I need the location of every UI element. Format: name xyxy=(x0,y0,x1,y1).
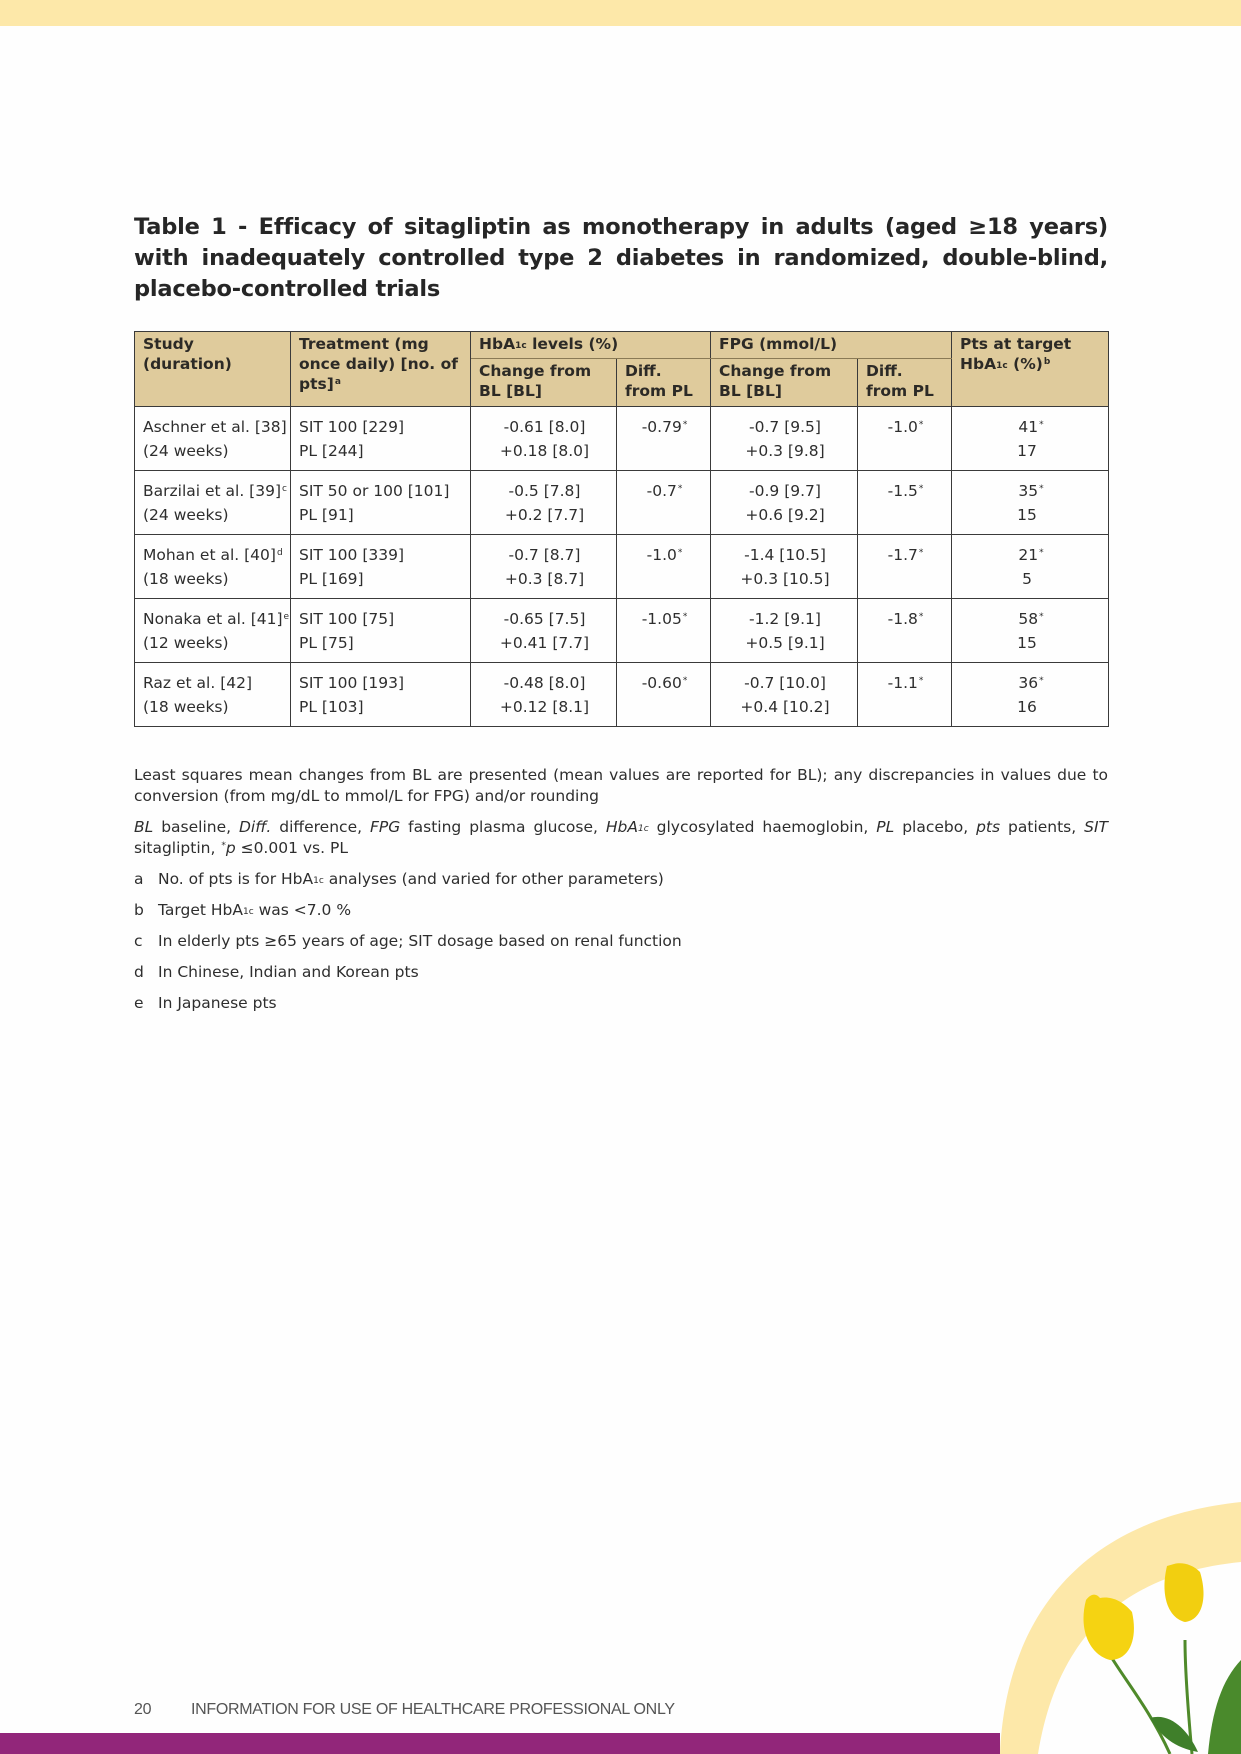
cell-hba1c-diff: -0.7* xyxy=(617,471,711,535)
cell-treatment: SIT 100 [75]PL [75] xyxy=(291,599,471,663)
abbreviation-term: SIT xyxy=(1084,818,1108,836)
cell-target: 36*16 xyxy=(952,663,1109,727)
header-fpg-change: Change from BL [BL] xyxy=(711,359,858,407)
tulip-decoration-icon xyxy=(960,1480,1241,1754)
abbreviation-term: HbA1c xyxy=(606,818,649,836)
cell-hba1c-diff: -0.79* xyxy=(617,407,711,471)
table-row: Aschner et al. [38](24 weeks)SIT 100 [22… xyxy=(135,407,1109,471)
cell-study: Aschner et al. [38](24 weeks) xyxy=(135,407,291,471)
cell-study: Nonaka et al. [41]e(12 weeks) xyxy=(135,599,291,663)
cell-fpg-change: -0.9 [9.7]+0.6 [9.2] xyxy=(711,471,858,535)
header-hba1c-diff: Diff. from PL xyxy=(617,359,711,407)
cell-treatment: SIT 100 [193]PL [103] xyxy=(291,663,471,727)
top-band xyxy=(0,0,1241,26)
cell-target: 21*5 xyxy=(952,535,1109,599)
cell-fpg-diff: -1.0* xyxy=(858,407,952,471)
cell-target: 41*17 xyxy=(952,407,1109,471)
cell-hba1c-change: -0.5 [7.8]+0.2 [7.7] xyxy=(471,471,617,535)
cell-treatment: SIT 100 [229]PL [244] xyxy=(291,407,471,471)
abbreviation-term: Diff. xyxy=(239,818,271,836)
footnote-d: dIn Chinese, Indian and Korean pts xyxy=(134,962,419,983)
header-fpg-group: FPG (mmol/L) xyxy=(711,332,952,359)
cell-hba1c-change: -0.48 [8.0]+0.12 [8.1] xyxy=(471,663,617,727)
table-row: Mohan et al. [40]d(18 weeks)SIT 100 [339… xyxy=(135,535,1109,599)
footnote-e: eIn Japanese pts xyxy=(134,993,277,1014)
abbreviation-term: PL xyxy=(876,818,894,836)
footnote-b: bTarget HbA1c was <7.0 % xyxy=(134,900,351,921)
header-target: Pts at target HbA1c (%)b xyxy=(952,332,1109,407)
cell-fpg-change: -1.2 [9.1]+0.5 [9.1] xyxy=(711,599,858,663)
cell-study: Mohan et al. [40]d(18 weeks) xyxy=(135,535,291,599)
page-number: 20 xyxy=(134,1701,191,1719)
abbreviation-term: FPG xyxy=(370,818,400,836)
cell-fpg-diff: -1.7* xyxy=(858,535,952,599)
footnote-a: aNo. of pts is for HbA1c analyses (and v… xyxy=(134,869,664,890)
cell-study: Barzilai et al. [39]c(24 weeks) xyxy=(135,471,291,535)
cell-hba1c-diff: -0.60* xyxy=(617,663,711,727)
header-study: Study (duration) xyxy=(135,332,291,407)
cell-hba1c-change: -0.7 [8.7]+0.3 [8.7] xyxy=(471,535,617,599)
footer-disclaimer: INFORMATION FOR USE OF HEALTHCARE PROFES… xyxy=(191,1701,675,1718)
abbreviation-term: pts xyxy=(976,818,1000,836)
cell-fpg-diff: -1.5* xyxy=(858,471,952,535)
cell-fpg-change: -1.4 [10.5]+0.3 [10.5] xyxy=(711,535,858,599)
cell-fpg-change: -0.7 [9.5]+0.3 [9.8] xyxy=(711,407,858,471)
cell-study: Raz et al. [42](18 weeks) xyxy=(135,663,291,727)
cell-hba1c-diff: -1.05* xyxy=(617,599,711,663)
ls-mean-note: Least squares mean changes from BL are p… xyxy=(134,765,1108,807)
abbreviation-term: BL xyxy=(134,818,153,836)
table-row: Nonaka et al. [41]e(12 weeks)SIT 100 [75… xyxy=(135,599,1109,663)
footnote-c: cIn elderly pts ≥65 years of age; SIT do… xyxy=(134,931,682,952)
cell-fpg-diff: -1.1* xyxy=(858,663,952,727)
header-hba1c-change: Change from BL [BL] xyxy=(471,359,617,407)
bottom-band xyxy=(0,1733,1000,1754)
cell-treatment: SIT 50 or 100 [101]PL [91] xyxy=(291,471,471,535)
cell-target: 35*15 xyxy=(952,471,1109,535)
cell-hba1c-diff: -1.0* xyxy=(617,535,711,599)
cell-fpg-diff: -1.8* xyxy=(858,599,952,663)
efficacy-table: Study (duration) Treatment (mg once dail… xyxy=(134,331,1109,727)
header-treatment: Treatment (mg once daily) [no. of pts]a xyxy=(291,332,471,407)
abbreviations-note: BL baseline, Diff. difference, FPG fasti… xyxy=(134,817,1108,859)
table-row: Raz et al. [42](18 weeks)SIT 100 [193]PL… xyxy=(135,663,1109,727)
cell-treatment: SIT 100 [339]PL [169] xyxy=(291,535,471,599)
header-hba1c-group: HbA1c levels (%) xyxy=(471,332,711,359)
page-footer: 20INFORMATION FOR USE OF HEALTHCARE PROF… xyxy=(134,1701,675,1719)
cell-target: 58*15 xyxy=(952,599,1109,663)
cell-hba1c-change: -0.65 [7.5]+0.41 [7.7] xyxy=(471,599,617,663)
cell-hba1c-change: -0.61 [8.0]+0.18 [8.0] xyxy=(471,407,617,471)
cell-fpg-change: -0.7 [10.0]+0.4 [10.2] xyxy=(711,663,858,727)
header-fpg-diff: Diff. from PL xyxy=(858,359,952,407)
table-row: Barzilai et al. [39]c(24 weeks)SIT 50 or… xyxy=(135,471,1109,535)
table-title: Table 1 - Efficacy of sitagliptin as mon… xyxy=(134,212,1108,305)
